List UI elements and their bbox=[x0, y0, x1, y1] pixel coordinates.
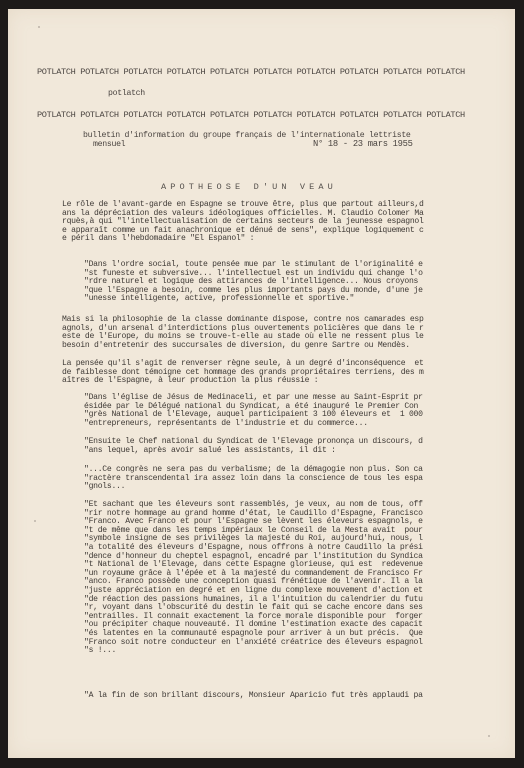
frequency-label: mensuel bbox=[93, 140, 125, 149]
text-line: "Franco. Avec Franco et pour l'Espagne s… bbox=[84, 517, 484, 526]
quote-2: "Dans l'église de Jésus de Medinaceli, e… bbox=[84, 393, 484, 427]
text-line: "A la fin de son brillant discours, Mons… bbox=[84, 691, 484, 700]
text-line: "symbole insigne de ses privilèges la ma… bbox=[84, 534, 484, 543]
text-line: "Franco soit notre conducteur en l'anxié… bbox=[84, 638, 484, 647]
paper-speck bbox=[488, 735, 490, 737]
text-line: "st funeste et subversive... l'intellect… bbox=[84, 269, 484, 278]
text-line: "és latentes en la communauté espagnole … bbox=[84, 629, 484, 638]
text-line: e péril dans l'hebdomadaire "El Espanol"… bbox=[62, 234, 482, 243]
paper-speck bbox=[38, 26, 40, 28]
text-line: "un royaume grâce à l'épée et à la majes… bbox=[84, 569, 484, 578]
text-line: "grès National de l'Elevage, auquel part… bbox=[84, 410, 484, 419]
text-line: "rir notre hommage au grand homme d'état… bbox=[84, 509, 484, 518]
text-line: Mais si la philosophie de la classe domi… bbox=[62, 315, 482, 324]
text-line: "entrailles. Il connait exactement la fo… bbox=[84, 612, 484, 621]
quote-5: "Et sachant que les éleveurs sont rassem… bbox=[84, 500, 484, 655]
text-line: "que l'Espagne a besoin, comme les plus … bbox=[84, 286, 484, 295]
quote-3: "Ensuite le Chef national du Syndicat de… bbox=[84, 437, 484, 454]
text-line: de faiblesse dont témoigne cet hommage d… bbox=[62, 368, 482, 377]
text-line: "r, voyant dans l'obscurité du destin le… bbox=[84, 603, 484, 612]
text-line: aîtres de l'Espagne, à leur production l… bbox=[62, 376, 482, 385]
issue-number-date: N° 18 - 23 mars 1955 bbox=[313, 139, 413, 149]
text-line: e apparaît comme un fait anachronique et… bbox=[62, 226, 482, 235]
text-line: este de l'Europe, du moins se trouve-t-e… bbox=[62, 332, 482, 341]
paragraph-2: Mais si la philosophie de la classe domi… bbox=[62, 315, 482, 349]
text-line: rquès,à qui "l'intellectualisation de ce… bbox=[62, 217, 482, 226]
text-line: "ractère transcendental ira assez loin d… bbox=[84, 474, 484, 483]
text-line: Le rôle de l'avant-garde en Espagne se t… bbox=[62, 200, 482, 209]
text-line: "Et sachant que les éleveurs sont rassem… bbox=[84, 500, 484, 509]
article-title: APOTHEOSE D'UN VEAU bbox=[161, 182, 337, 192]
masthead-banner-top: POTLATCH POTLATCH POTLATCH POTLATCH POTL… bbox=[37, 67, 465, 77]
text-line: "gnols... bbox=[84, 482, 484, 491]
text-line: besoin d'entretenir des succursales de d… bbox=[62, 341, 482, 350]
text-line: "a totalité des éleveurs d'Espagne, nous… bbox=[84, 543, 484, 552]
text-line: "anco. Franco possède une conception qua… bbox=[84, 577, 484, 586]
paper-speck bbox=[34, 520, 36, 522]
text-line: "rdre naturel et logique des attirances … bbox=[84, 277, 484, 286]
text-line: "ou précipiter chaque nouveauté. Il domi… bbox=[84, 620, 484, 629]
text-line: La pensée qu'il s'agit de renverser règn… bbox=[62, 359, 482, 368]
text-line: "s !... bbox=[84, 646, 484, 655]
paragraph-1: Le rôle de l'avant-garde en Espagne se t… bbox=[62, 200, 482, 243]
text-line: ans la dépréciation des valeurs idéologi… bbox=[62, 209, 482, 218]
text-line: "Dans l'ordre social, toute pensée mue p… bbox=[84, 260, 484, 269]
text-line: "t de même que dans les temps impériaux … bbox=[84, 526, 484, 535]
quote-6: "A la fin de son brillant discours, Mons… bbox=[84, 691, 484, 700]
paragraph-3: La pensée qu'il s'agit de renverser règn… bbox=[62, 359, 482, 385]
text-line: "juste appréciation en degré et en ligne… bbox=[84, 586, 484, 595]
text-line: agnols, d'un arsenal d'interdictions plu… bbox=[62, 324, 482, 333]
quote-4: "...Ce congrès ne sera pas du verbalisme… bbox=[84, 465, 484, 491]
text-line: "t National de l'Elevage, dans cette Esp… bbox=[84, 560, 484, 569]
text-line: "de réaction des passions humaines, il a… bbox=[84, 595, 484, 604]
text-line: "entrepreneurs, représentants de l'indus… bbox=[84, 419, 484, 428]
text-line: "Ensuite le Chef national du Syndicat de… bbox=[84, 437, 484, 446]
quote-1: "Dans l'ordre social, toute pensée mue p… bbox=[84, 260, 484, 303]
text-line: "Dans l'église de Jésus de Medinaceli, e… bbox=[84, 393, 484, 402]
text-line: ésidée par le Délégué national du Syndic… bbox=[84, 402, 484, 411]
text-line: "dence d'honneur du cheptel espagnol, en… bbox=[84, 552, 484, 561]
masthead-small: potlatch bbox=[108, 89, 145, 98]
text-line: "...Ce congrès ne sera pas du verbalisme… bbox=[84, 465, 484, 474]
text-line: "ans lequel, après avoir salué les assis… bbox=[84, 446, 484, 455]
masthead-banner-bottom: POTLATCH POTLATCH POTLATCH POTLATCH POTL… bbox=[37, 110, 465, 120]
text-line: "unesse intelligente, active, profession… bbox=[84, 294, 484, 303]
